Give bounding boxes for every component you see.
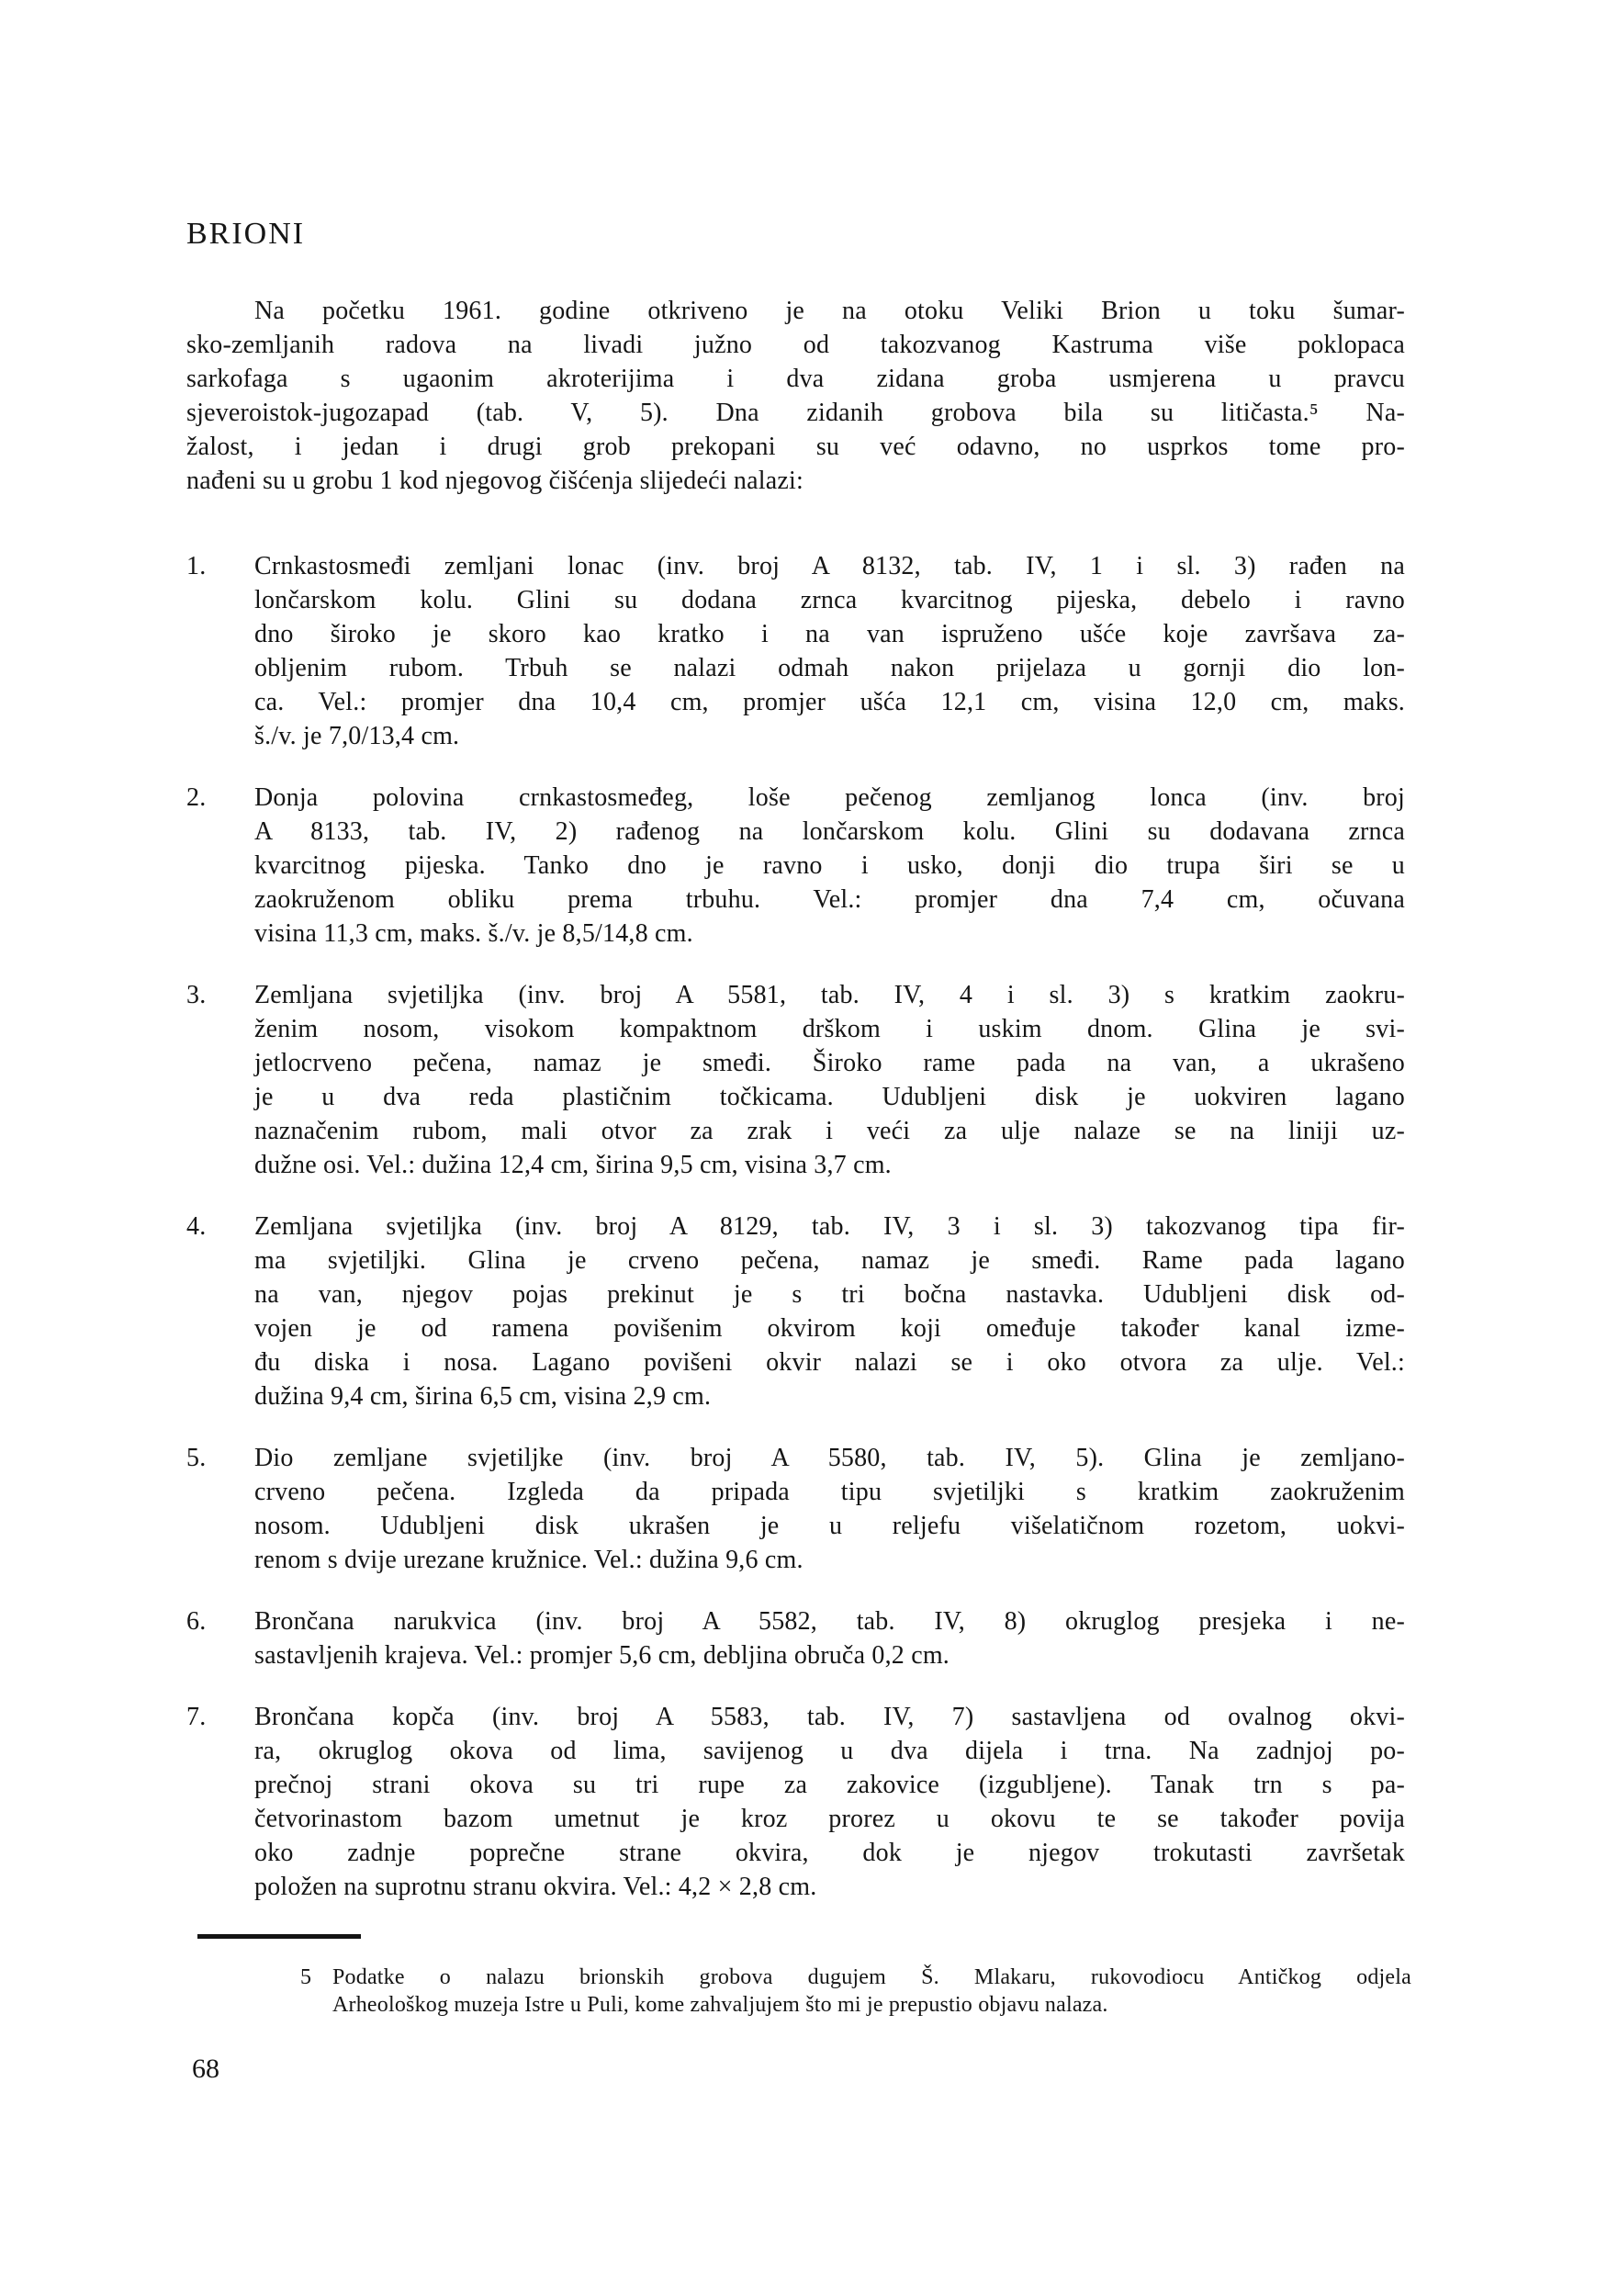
item-text: Zemljana svjetiljka (inv. broj A 8129, t…: [254, 1210, 1405, 1413]
text-line: visina 11,3 cm, maks. š./v. je 8,5/14,8 …: [254, 917, 1405, 951]
text-line: Crnkastosmeđi zemljani lonac (inv. broj …: [254, 549, 1405, 583]
text-line: dužina 9,4 cm, širina 6,5 cm, visina 2,9…: [254, 1379, 1405, 1413]
page-number: 68: [192, 2054, 219, 2085]
text-line: sjeveroistok-jugozapad (tab. V, 5). Dna …: [186, 396, 1405, 430]
text-line: crveno pečena. Izgleda da pripada tipu s…: [254, 1475, 1405, 1509]
text-line: nosom. Udubljeni disk ukrašen je u relje…: [254, 1509, 1405, 1543]
text-line: na van, njegov pojas prekinut je s tri b…: [254, 1277, 1405, 1311]
text-line: oko zadnje poprečne strane okvira, dok j…: [254, 1836, 1405, 1870]
text-line: Donja polovina crnkastosmeđeg, loše peče…: [254, 781, 1405, 815]
text-line: š./v. je 7,0/13,4 cm.: [254, 719, 1405, 753]
item-text: Donja polovina crnkastosmeđeg, loše peče…: [254, 781, 1405, 951]
item-text: Zemljana svjetiljka (inv. broj A 5581, t…: [254, 978, 1405, 1182]
list-item: 1.Crnkastosmeđi zemljani lonac (inv. bro…: [186, 549, 1405, 753]
text-line: ra, okruglog okova od lima, savijenog u …: [254, 1734, 1405, 1768]
text-line: đu diska i nosa. Lagano povišeni okvir n…: [254, 1345, 1405, 1379]
text-line: Arheološkog muzeja Istre u Puli, kome za…: [332, 1991, 1411, 2019]
text-line: Zemljana svjetiljka (inv. broj A 8129, t…: [254, 1210, 1405, 1244]
text-line: četvorinastom bazom umetnut je kroz pror…: [254, 1802, 1405, 1836]
text-line: dno široko je skoro kao kratko i na van …: [254, 617, 1405, 651]
item-number: 4.: [186, 1210, 242, 1244]
item-number: 5.: [186, 1441, 242, 1475]
footnote-text: Podatke o nalazu brionskih grobova duguj…: [300, 1964, 1411, 2019]
item-text: Dio zemljane svjetiljke (inv. broj A 558…: [254, 1441, 1405, 1577]
item-number: 2.: [186, 781, 242, 815]
item-number: 1.: [186, 549, 242, 583]
text-line: ca. Vel.: promjer dna 10,4 cm, promjer u…: [254, 685, 1405, 719]
text-line: Zemljana svjetiljka (inv. broj A 5581, t…: [254, 978, 1405, 1012]
item-text: Brončana kopča (inv. broj A 5583, tab. I…: [254, 1700, 1405, 1904]
item-text: Crnkastosmeđi zemljani lonac (inv. broj …: [254, 549, 1405, 753]
footnote-marker: 5: [300, 1964, 311, 1991]
list-item: 7.Brončana kopča (inv. broj A 5583, tab.…: [186, 1700, 1405, 1904]
list-item: 5.Dio zemljane svjetiljke (inv. broj A 5…: [186, 1441, 1405, 1577]
list-item: 4.Zemljana svjetiljka (inv. broj A 8129,…: [186, 1210, 1405, 1413]
intro-paragraph: Na početku 1961. godine otkriveno je na …: [186, 294, 1405, 498]
text-line: sko-zemljanih radova na livadi južno od …: [186, 328, 1405, 362]
text-line: renom s dvije urezane kružnice. Vel.: du…: [254, 1543, 1405, 1577]
text-line: naznačenim rubom, mali otvor za zrak i v…: [254, 1114, 1405, 1148]
text-line: Brončana kopča (inv. broj A 5583, tab. I…: [254, 1700, 1405, 1734]
document-page: BRIONI Na početku 1961. godine otkriveno…: [0, 0, 1607, 2296]
text-line: obljenim rubom. Trbuh se nalazi odmah na…: [254, 651, 1405, 685]
footnote: 5 Podatke o nalazu brionskih grobova dug…: [300, 1964, 1411, 2019]
text-line: položen na suprotnu stranu okvira. Vel.:…: [254, 1870, 1405, 1904]
item-number: 6.: [186, 1604, 242, 1638]
text-line: kvarcitnog pijeska. Tanko dno je ravno i…: [254, 849, 1405, 883]
item-number: 7.: [186, 1700, 242, 1734]
text-line: prečnoj strani okova su tri rupe za zako…: [254, 1768, 1405, 1802]
text-line: sarkofaga s ugaonim akroterijima i dva z…: [186, 362, 1405, 396]
item-text: Brončana narukvica (inv. broj A 5582, ta…: [254, 1604, 1405, 1672]
text-line: Podatke o nalazu brionskih grobova duguj…: [332, 1964, 1411, 1991]
text-line: sastavljenih krajeva. Vel.: promjer 5,6 …: [254, 1638, 1405, 1672]
text-line: je u dva reda plastičnim točkicama. Udub…: [254, 1080, 1405, 1114]
text-line: Dio zemljane svjetiljke (inv. broj A 558…: [254, 1441, 1405, 1475]
text-line: lončarskom kolu. Glini su dodana zrnca k…: [254, 583, 1405, 617]
find-list: 1.Crnkastosmeđi zemljani lonac (inv. bro…: [186, 549, 1405, 1904]
text-line: A 8133, tab. IV, 2) rađenog na lončarsko…: [254, 815, 1405, 849]
text-line: žalost, i jedan i drugi grob prekopani s…: [186, 430, 1405, 464]
text-line: vojen je od ramena povišenim okvirom koj…: [254, 1311, 1405, 1345]
list-item: 3.Zemljana svjetiljka (inv. broj A 5581,…: [186, 978, 1405, 1182]
list-item: 2.Donja polovina crnkastosmeđeg, loše pe…: [186, 781, 1405, 951]
text-line: dužne osi. Vel.: dužina 12,4 cm, širina …: [254, 1148, 1405, 1182]
item-number: 3.: [186, 978, 242, 1012]
text-line: zaokruženom obliku prema trbuhu. Vel.: p…: [254, 883, 1405, 917]
list-item: 6.Brončana narukvica (inv. broj A 5582, …: [186, 1604, 1405, 1672]
text-line: nađeni su u grobu 1 kod njegovog čišćenj…: [186, 464, 1405, 498]
text-line: Brončana narukvica (inv. broj A 5582, ta…: [254, 1604, 1405, 1638]
text-line: jetlocrveno pečena, namaz je smeđi. Širo…: [254, 1046, 1405, 1080]
text-line: ma svjetiljki. Glina je crveno pečena, n…: [254, 1244, 1405, 1277]
page-title: BRIONI: [186, 217, 305, 252]
footnote-separator: [197, 1934, 361, 1939]
text-line: ženim nosom, visokom kompaktnom drškom i…: [254, 1012, 1405, 1046]
text-line: Na početku 1961. godine otkriveno je na …: [186, 294, 1405, 328]
